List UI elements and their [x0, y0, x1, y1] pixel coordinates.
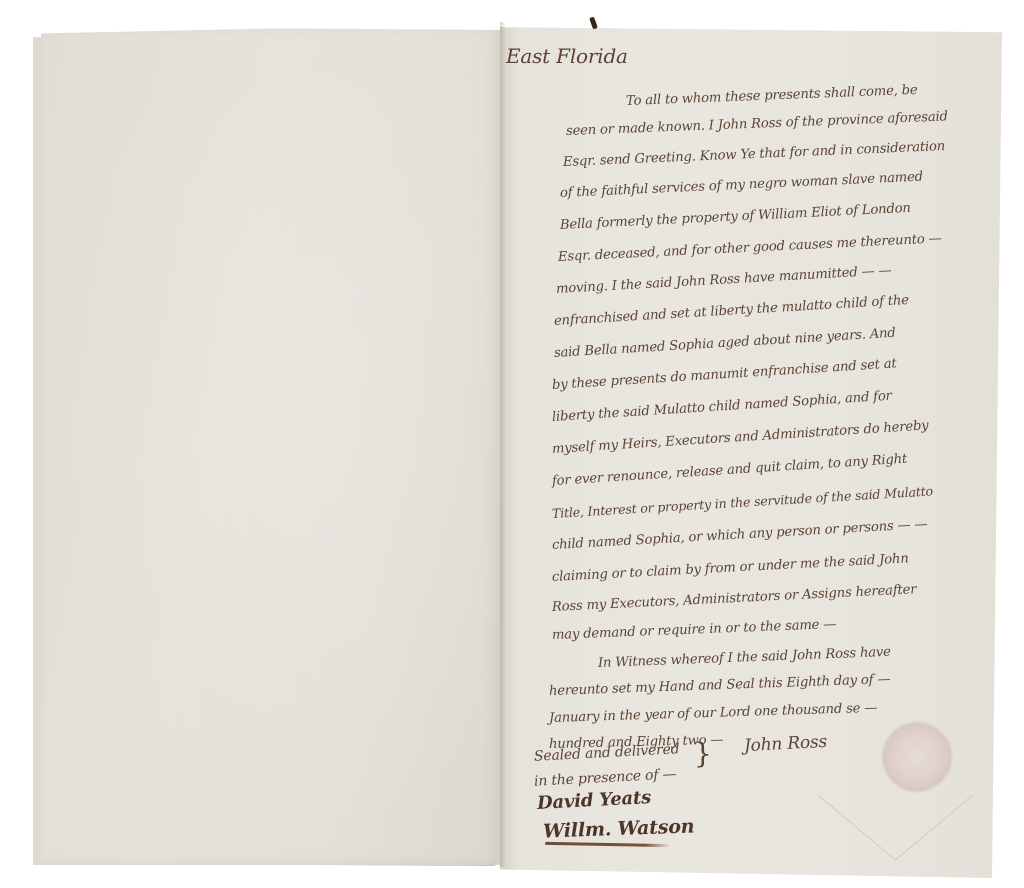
- manuscript-photo: East Florida To all to whom these presen…: [0, 0, 1024, 888]
- page-fold: [500, 22, 506, 867]
- document-heading: East Florida: [506, 44, 628, 68]
- wax-seal: [883, 723, 951, 791]
- ink-blot: [589, 17, 598, 30]
- attestation-brace: }: [694, 737, 712, 770]
- blank-left-page: [41, 25, 501, 866]
